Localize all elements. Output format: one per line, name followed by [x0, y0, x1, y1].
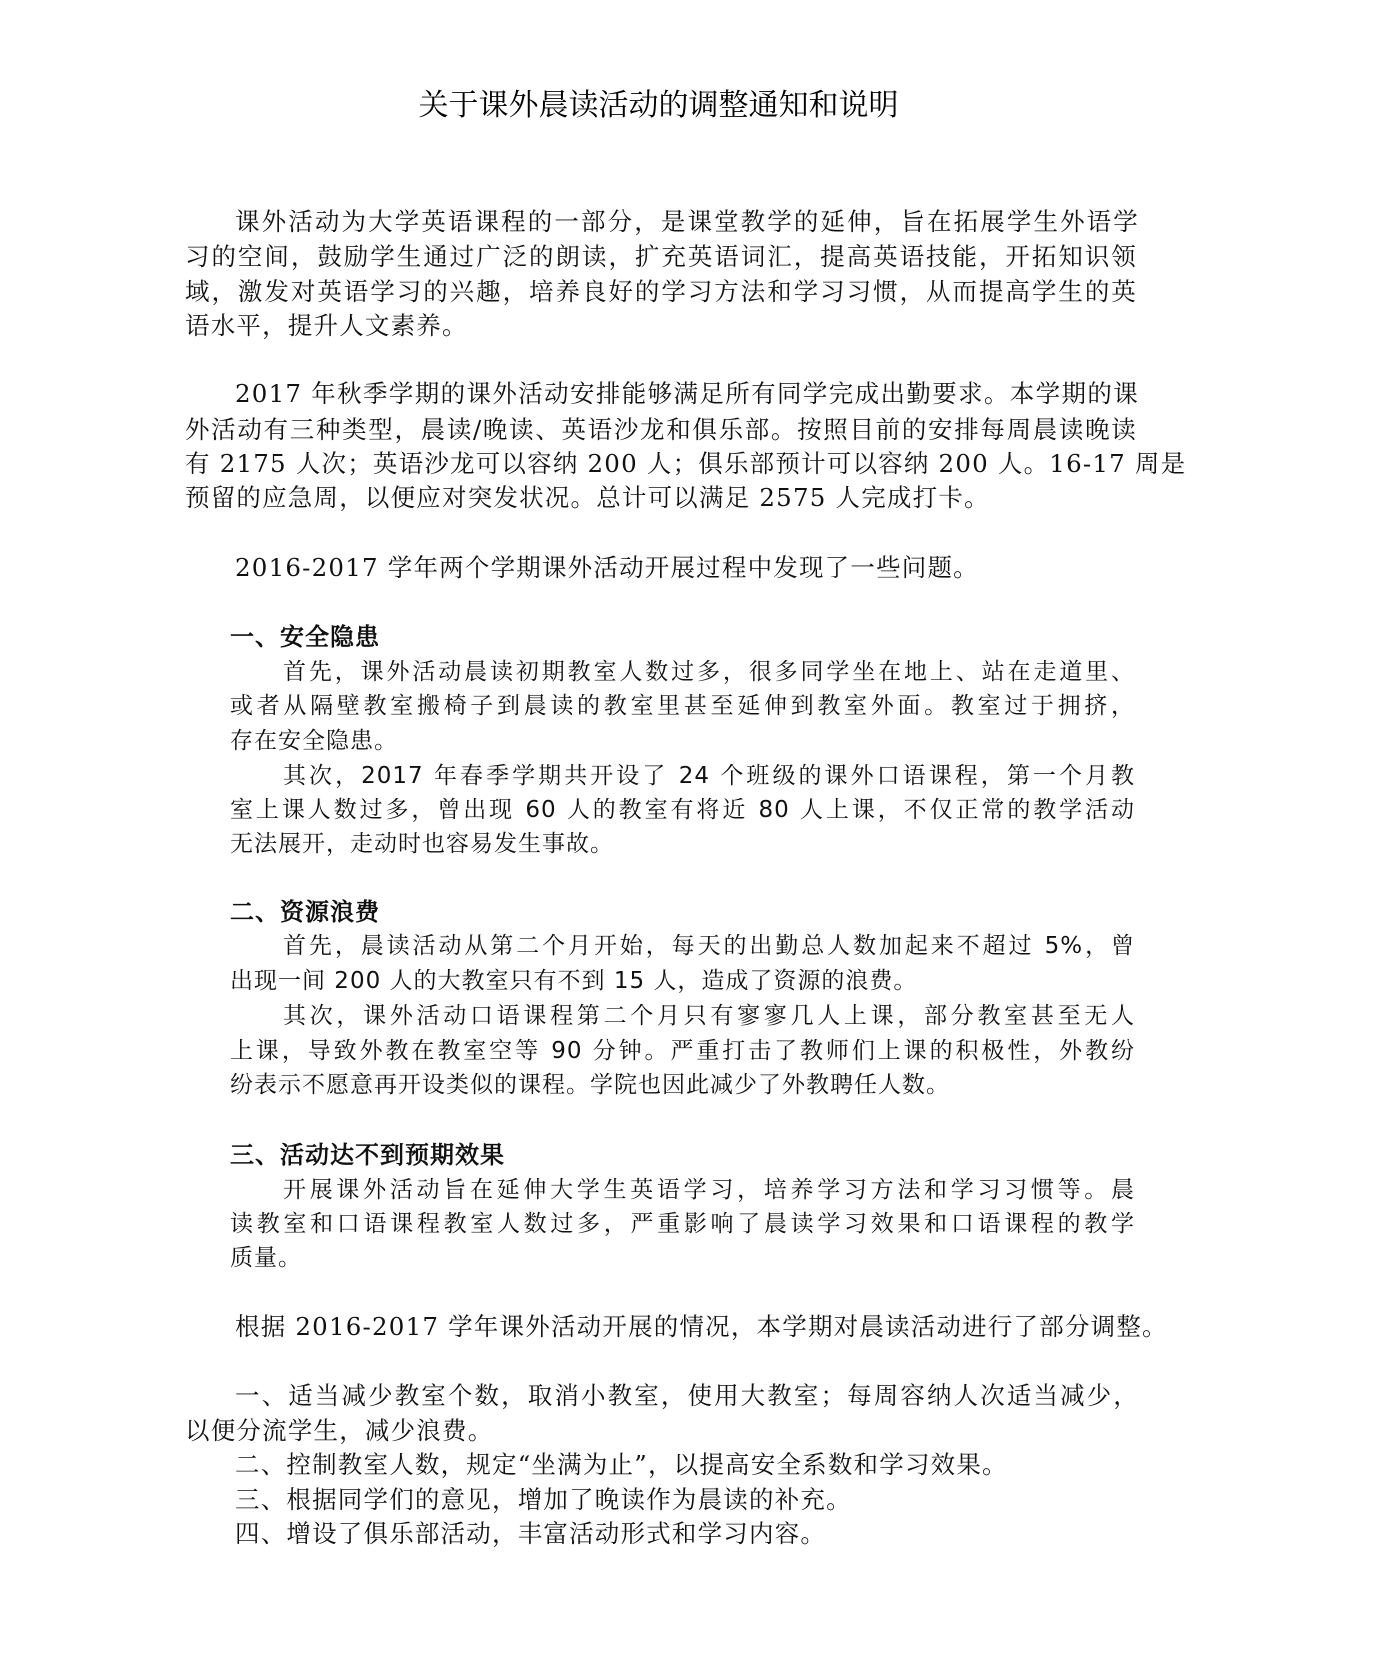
section-2-line-1: 首先，晨读活动从第二个月开始，每天的出勤总人数加起来不超过 5%，曾 [283, 931, 1135, 961]
section-1-line-4: 其次，2017 年春季学期共开设了 24 个班级的课外口语课程，第一个月教 [283, 761, 1135, 791]
problems-intro: 2016-2017 学年两个学期课外活动开展过程中发现了一些问题。 [235, 553, 979, 583]
arrangement-line-4: 预留的应急周，以便应对突发状况。总计可以满足 2575 人完成打卡。 [185, 483, 990, 513]
section-1-line-6: 无法展开，走动时也容易发生事故。 [230, 829, 614, 859]
adjustments-intro: 根据 2016-2017 学年课外活动开展的情况，本学期对晨读活动进行了部分调整… [235, 1312, 1137, 1342]
document-page: 关于课外晨读活动的调整通知和说明 课外活动为大学英语课程的一部分，是课堂教学的延… [0, 0, 1397, 1665]
intro-line-4: 语水平，提升人文素养。 [185, 311, 468, 341]
intro-line-2: 习的空间，鼓励学生通过广泛的朗读，扩充英语词汇，提高英语技能，开拓知识领 [185, 242, 1137, 272]
section-heading-waste: 二、资源浪费 [230, 897, 380, 927]
section-2-line-4: 上课，导致外教在教室空等 90 分钟。严重打击了教师们上课的积极性，外教纷 [230, 1036, 1135, 1066]
intro-line-3: 域，激发对英语学习的兴趣，培养良好的学习方法和学习习惯，从而提高学生的英 [185, 277, 1137, 307]
arrangement-line-2: 外活动有三种类型，晨读/晚读、英语沙龙和俱乐部。按照目前的安排每周晨读晚读 [185, 415, 1137, 445]
section-2-line-5: 纷表示不愿意再开设类似的课程。学院也因此减少了外教聘任人数。 [230, 1070, 950, 1100]
section-1-line-5: 室上课人数过多，曾出现 60 人的教室有将近 80 人上课，不仅正常的教学活动 [230, 795, 1135, 825]
intro-line-1: 课外活动为大学英语课程的一部分，是课堂教学的延伸，旨在拓展学生外语学 [235, 207, 1139, 237]
section-3-line-1: 开展课外活动旨在延伸大学生英语学习，培养学习方法和学习习惯等。晨 [283, 1175, 1135, 1205]
adjustment-item-1: 一、适当减少教室个数，取消小教室，使用大教室；每周容纳人次适当减少， [235, 1381, 1139, 1411]
section-3-line-2: 读教室和口语课程教室人数过多，严重影响了晨读学习效果和口语课程的教学 [230, 1209, 1135, 1239]
section-3-line-3: 质量。 [230, 1243, 302, 1273]
section-1-line-1: 首先，课外活动晨读初期教室人数过多，很多同学坐在地上、站在走道里、 [283, 657, 1135, 687]
adjustment-item-3: 三、根据同学们的意见，增加了晚读作为晨读的补充。 [235, 1485, 852, 1515]
arrangement-line-1: 2017 年秋季学期的课外活动安排能够满足所有同学完成出勤要求。本学期的课 [235, 379, 1139, 409]
adjustment-item-4: 四、增设了俱乐部活动，丰富活动形式和学习内容。 [235, 1519, 826, 1549]
section-2-line-3: 其次，课外活动口语课程第二个月只有寥寥几人上课，部分教室甚至无人 [283, 1001, 1135, 1031]
document-title: 关于课外晨读活动的调整通知和说明 [0, 80, 1317, 124]
section-heading-effect: 三、活动达不到预期效果 [230, 1140, 505, 1170]
section-1-line-3: 存在安全隐患。 [230, 726, 398, 756]
section-heading-safety: 一、安全隐患 [230, 622, 380, 652]
adjustment-item-1-cont: 以便分流学生，减少浪费。 [185, 1416, 493, 1446]
section-1-line-2: 或者从隔壁教室搬椅子到晨读的教室里甚至延伸到教室外面。教室过于拥挤， [230, 691, 1135, 721]
arrangement-line-3: 有 2175 人次；英语沙龙可以容纳 200 人；俱乐部预计可以容纳 200 人… [185, 449, 1137, 479]
adjustment-item-2: 二、控制教室人数，规定“坐满为止”，以提高安全系数和学习效果。 [235, 1450, 1008, 1480]
section-2-line-2: 出现一间 200 人的大教室只有不到 15 人，造成了资源的浪费。 [230, 966, 917, 996]
